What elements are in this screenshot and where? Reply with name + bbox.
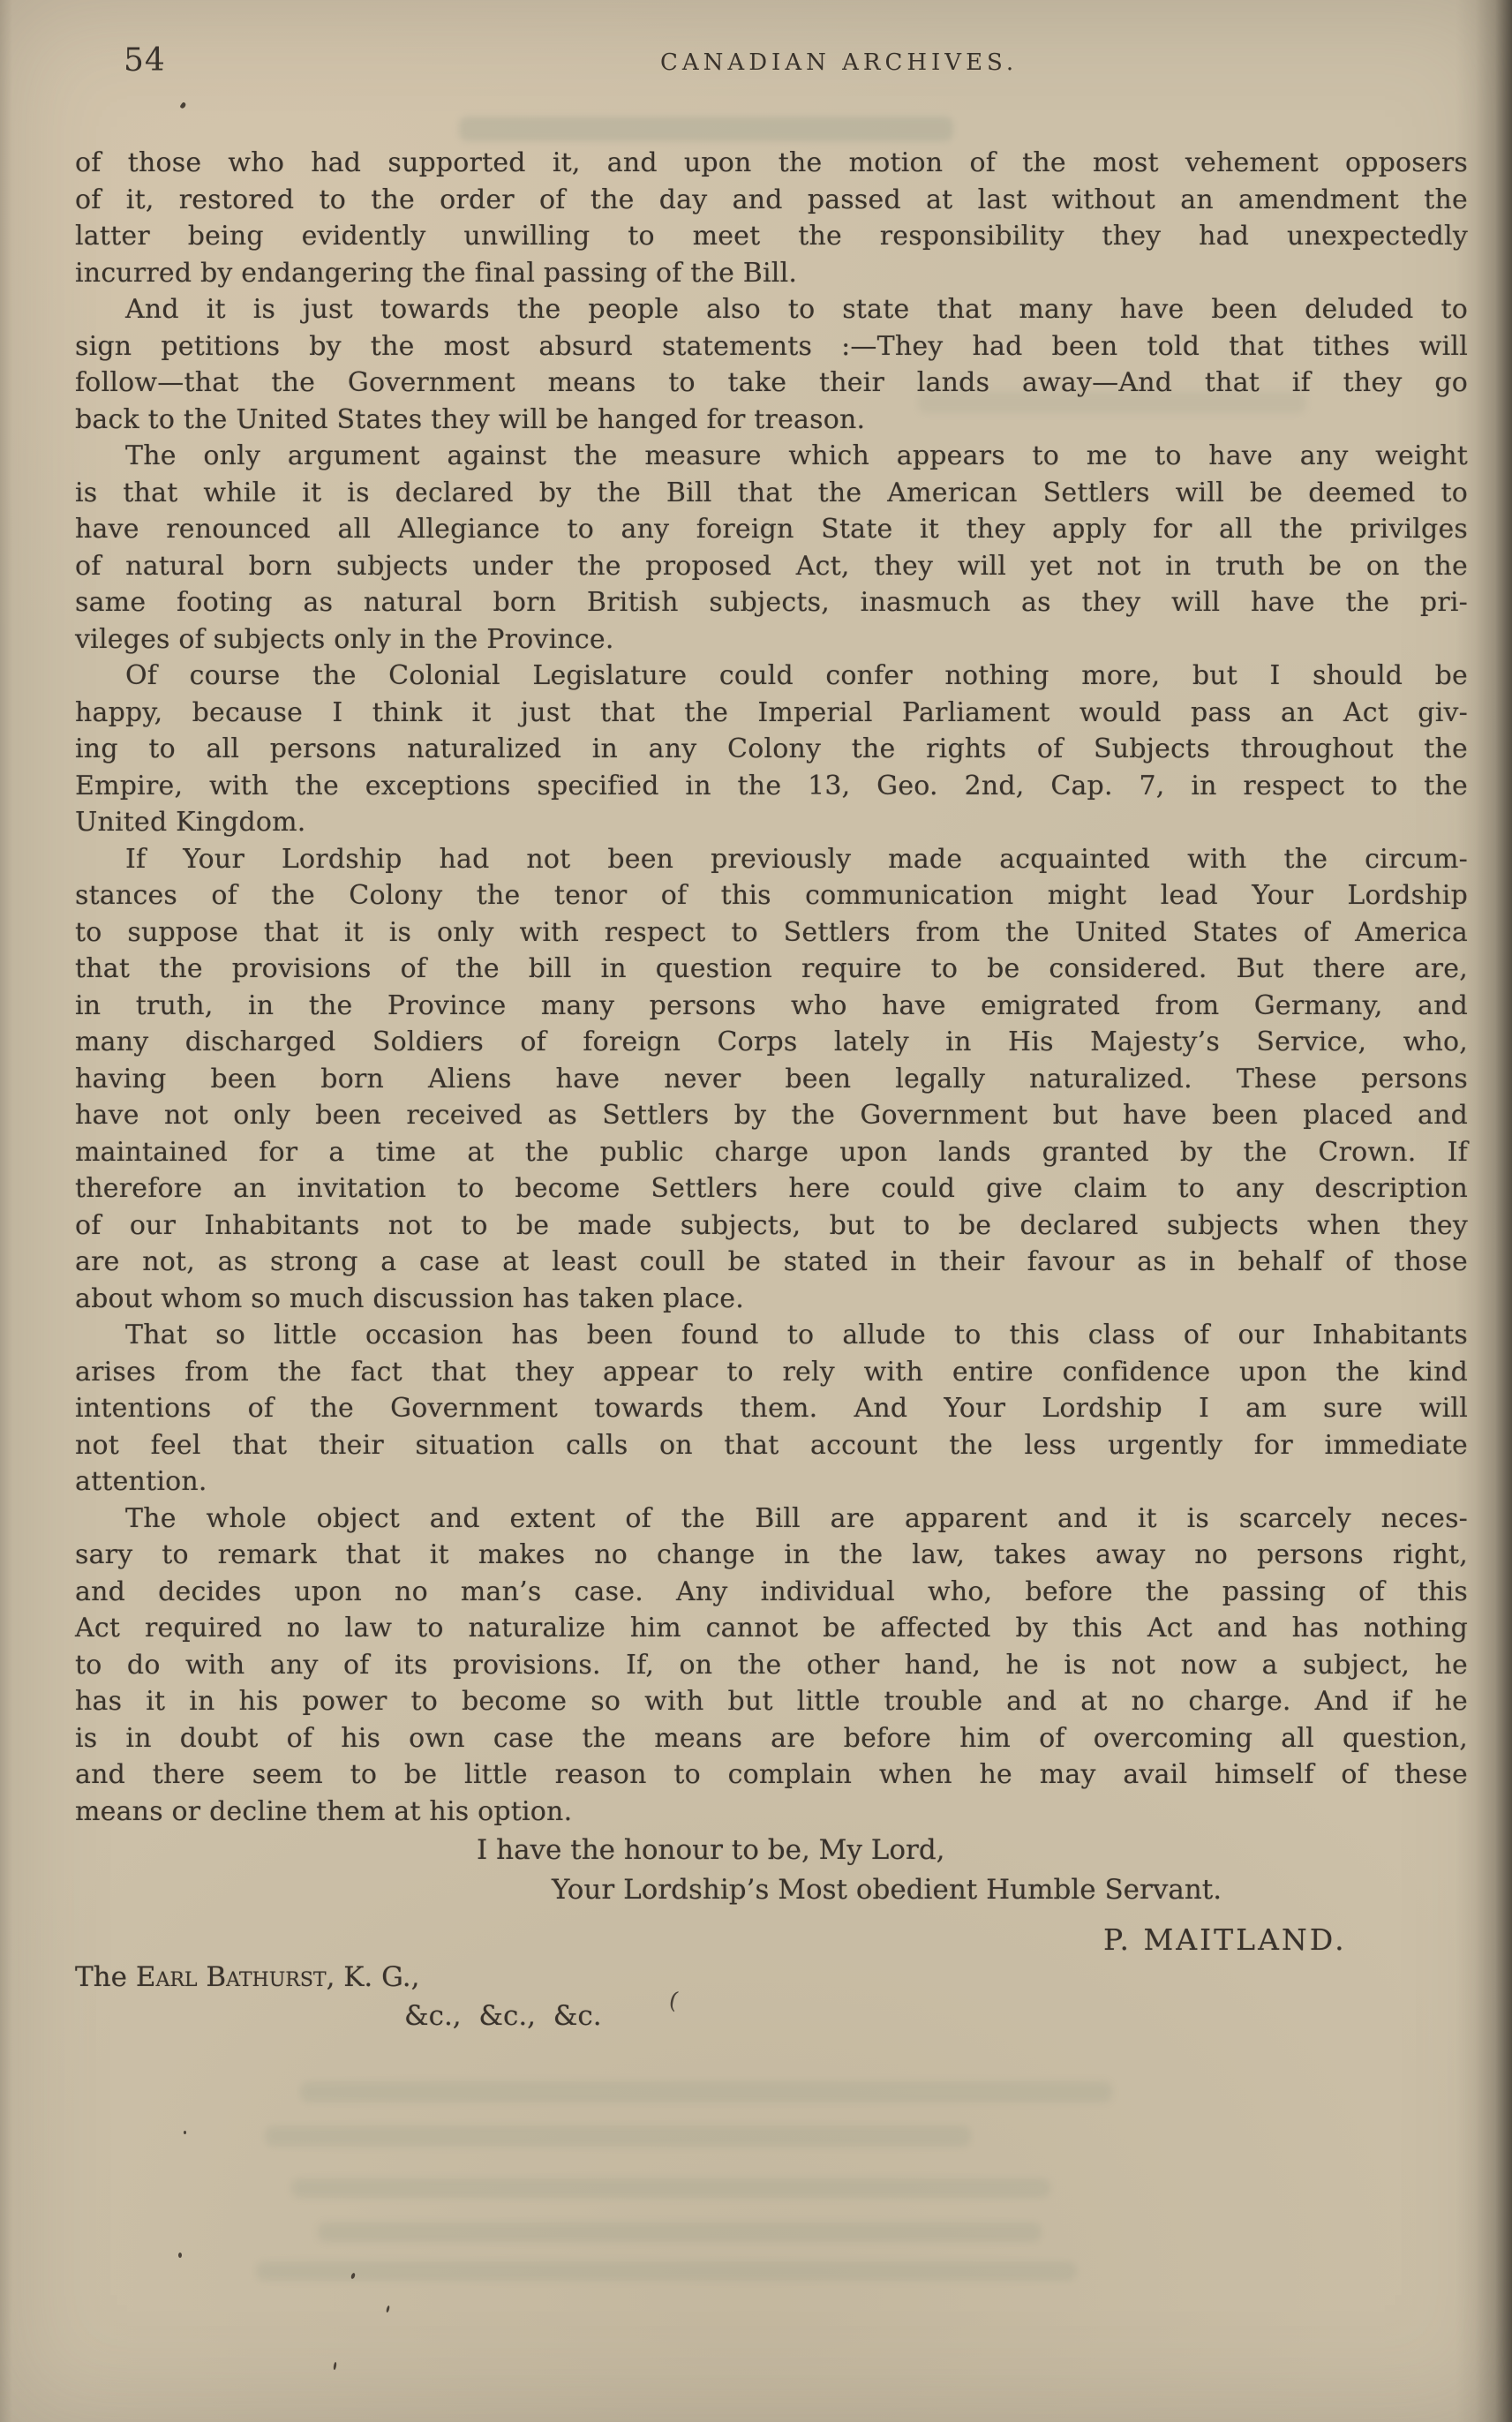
text-line: of natural born subjects under the propo…	[75, 548, 1468, 585]
text-line: have renounced all Allegiance to any for…	[75, 511, 1468, 548]
page-right-edge-shadow	[1456, 0, 1512, 2422]
addressee-lead: The	[75, 1961, 136, 1993]
text-line: has it in his power to become so with bu…	[75, 1683, 1468, 1720]
addressee-name: The Earl Bathurst, K. G.,	[75, 1961, 420, 1993]
show-through-mark	[265, 2125, 971, 2147]
text-line: intentions of the Government towards the…	[75, 1390, 1468, 1427]
text-line: have not only been received as Settlers …	[75, 1097, 1468, 1134]
ink-mark: (	[666, 1987, 681, 2014]
text-line: of it, restored to the order of the day …	[75, 182, 1468, 219]
text-line: If Your Lordship had not been previously…	[75, 841, 1468, 878]
text-line: stances of the Colony the tenor of this …	[75, 877, 1468, 914]
text-line: therefore an invitation to become Settle…	[75, 1170, 1468, 1207]
text-line: back to the United States they will be h…	[75, 402, 1468, 439]
ink-speck	[178, 2253, 182, 2258]
show-through-mark	[256, 2261, 1077, 2281]
text-line: in truth, in the Province many persons w…	[75, 988, 1468, 1025]
text-line: United Kingdom.	[75, 804, 1468, 841]
ink-speck	[179, 102, 186, 109]
ink-speck	[333, 2362, 337, 2370]
paragraph: The only argument against the measure wh…	[75, 438, 1468, 658]
text-line: about whom so much discussion has taken …	[75, 1281, 1468, 1318]
text-line: same footing as natural born British sub…	[75, 584, 1468, 621]
show-through-mark	[300, 2081, 1112, 2102]
text-line: vileges of subjects only in the Province…	[75, 621, 1468, 658]
text-line: of those who had supported it, and upon …	[75, 145, 1468, 182]
text-line: means or decline them at his option.	[75, 1794, 1468, 1831]
paragraph: And it is just towards the people also t…	[75, 291, 1468, 438]
text-line: Act required no law to naturalize him ca…	[75, 1610, 1468, 1647]
text-line: is in doubt of his own case the means ar…	[75, 1720, 1468, 1757]
ink-speck	[184, 2131, 186, 2134]
text-line: not feel that their situation calls on t…	[75, 1427, 1468, 1464]
text-line: and decides upon no man’s case. Any indi…	[75, 1574, 1468, 1611]
paragraph: The whole object and extent of the Bill …	[75, 1501, 1468, 1831]
addressee-smallcaps: Earl Bathurst, K. G.,	[136, 1961, 420, 1993]
text-line: incurred by endangering the final passin…	[75, 255, 1468, 292]
text-line: having been born Aliens have never been …	[75, 1061, 1468, 1098]
text-line: happy, because I think it just that the …	[75, 695, 1468, 732]
signature: P. MAITLAND.	[1103, 1922, 1347, 1957]
text-line: that the provisions of the bill in quest…	[75, 951, 1468, 988]
paragraph: of those who had supported it, and upon …	[75, 145, 1468, 291]
text-line: sary to remark that it makes no change i…	[75, 1537, 1468, 1574]
text-line: follow—that the Government means to take…	[75, 365, 1468, 402]
text-line: Of course the Colonial Legislature could…	[75, 658, 1468, 695]
text-line: sign petitions by the most absurd statem…	[75, 328, 1468, 365]
text-line: The only argument against the measure wh…	[75, 438, 1468, 475]
running-header-title: CANADIAN ARCHIVES.	[660, 49, 1018, 76]
ink-speck	[386, 2305, 390, 2313]
text-line: ing to all persons naturalized in any Co…	[75, 731, 1468, 768]
text-line: to do with any of its provisions. If, on…	[75, 1647, 1468, 1684]
paragraph: Of course the Colonial Legislature could…	[75, 658, 1468, 841]
text-line: maintained for a time at the public char…	[75, 1134, 1468, 1171]
paragraph: If Your Lordship had not been previously…	[75, 841, 1468, 1318]
text-line: And it is just towards the people also t…	[75, 291, 1468, 328]
text-line: attention.	[75, 1463, 1468, 1501]
text-line: arises from the fact that they appear to…	[75, 1354, 1468, 1391]
show-through-mark	[459, 117, 953, 141]
page-number: 54	[124, 42, 166, 79]
text-line: latter being evidently unwilling to meet…	[75, 218, 1468, 255]
show-through-mark	[291, 2178, 1050, 2198]
paragraph: That so little occasion has been found t…	[75, 1317, 1468, 1501]
text-line: are not, as strong a case at least coull…	[75, 1244, 1468, 1281]
text-line: many discharged Soldiers of foreign Corp…	[75, 1024, 1468, 1061]
page-left-edge-shadow	[0, 0, 12, 2422]
text-line: of our Inhabitants not to be made subjec…	[75, 1207, 1468, 1245]
closing-salutation-line: I have the honour to be, My Lord,	[477, 1834, 945, 1866]
addressee-etcetera: &c., &c., &c.	[404, 2000, 602, 2032]
text-line: is that while it is declared by the Bill…	[75, 475, 1468, 512]
show-through-mark	[318, 2223, 1042, 2242]
text-line: Empire, with the exceptions specified in…	[75, 768, 1468, 805]
text-line: and there seem to be little reason to co…	[75, 1756, 1468, 1794]
letter-body: of those who had supported it, and upon …	[75, 145, 1468, 1830]
closing-salutation-line: Your Lordship’s Most obedient Humble Ser…	[552, 1874, 1222, 1906]
scanned-book-page: 54 CANADIAN ARCHIVES. of those who had s…	[0, 0, 1512, 2422]
text-line: That so little occasion has been found t…	[75, 1317, 1468, 1354]
text-line: to suppose that it is only with respect …	[75, 914, 1468, 951]
text-line: The whole object and extent of the Bill …	[75, 1501, 1468, 1538]
